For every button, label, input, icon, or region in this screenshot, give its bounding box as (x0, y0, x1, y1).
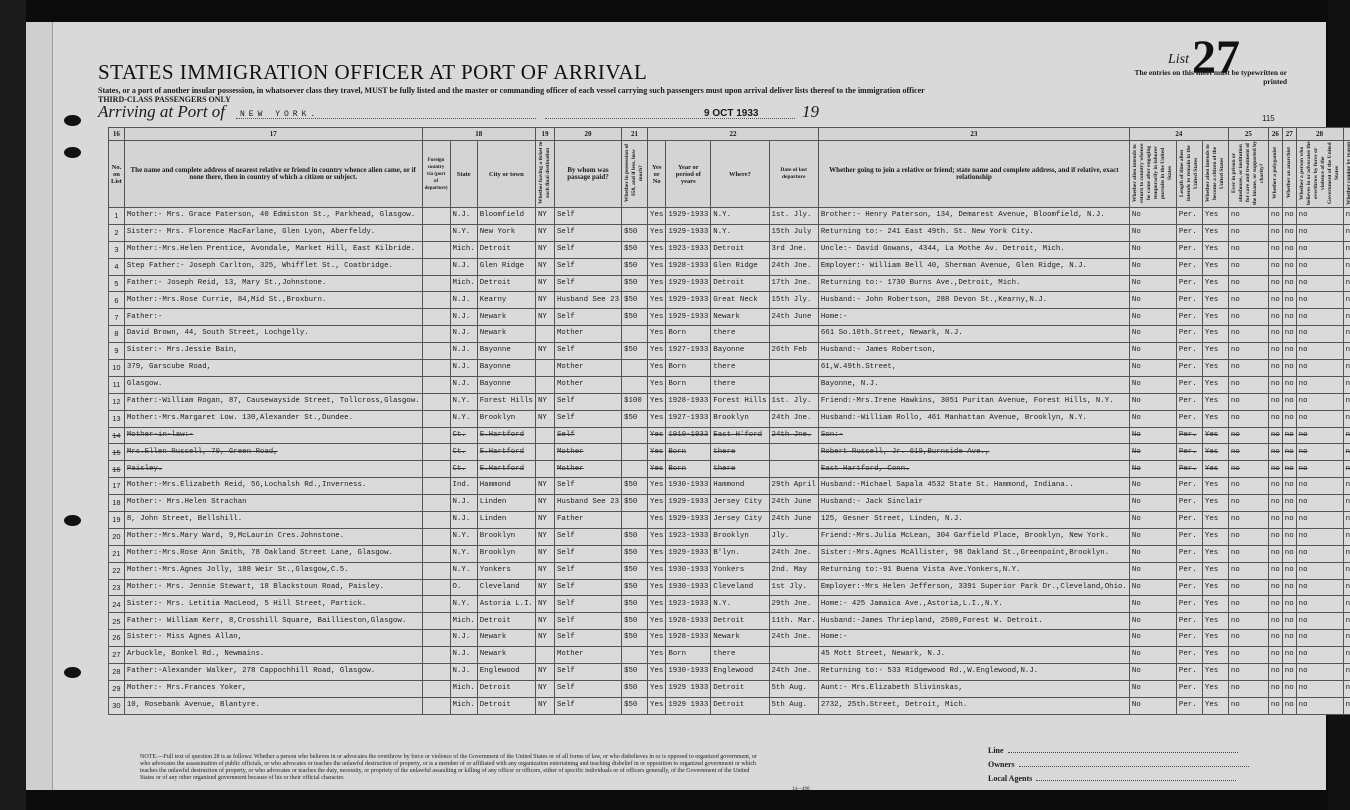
cell-c27: no (1282, 444, 1296, 461)
cell-p2: Per. (1176, 562, 1202, 579)
table-row: 9Sister:- Mrs.Jessie Bain,N.J.BayonneNYS… (109, 343, 1350, 360)
cell-yes: Yes (648, 495, 666, 512)
cell-join: 661 So.10th.Street, Newark, N.J. (818, 326, 1129, 343)
cell-p1: No (1129, 444, 1176, 461)
cell-state: Ind. (450, 478, 477, 495)
cell-c29: no (1343, 512, 1350, 529)
table-row: 7Father:-N.J.NewarkNYSelf$50Yes1929-1933… (109, 309, 1350, 326)
cell-paid: Mother (554, 376, 621, 393)
col-num: 19 (535, 128, 554, 141)
col-num: 18 (422, 128, 535, 141)
cell-p2: Per. (1176, 495, 1202, 512)
cell-city: Forest Hills (477, 393, 535, 410)
cell-where: N.Y. (711, 596, 769, 613)
cell-join: Employer:- William Bell 40, Sherman Aven… (818, 258, 1129, 275)
header-yes-no: Yes or No (648, 141, 666, 208)
cell-p3: Yes (1202, 630, 1228, 647)
cell-period: 1929-1933 (666, 545, 711, 562)
cell-yes: Yes (648, 613, 666, 630)
cell-paid: Self (554, 393, 621, 410)
cell-ticket: NY (535, 224, 554, 241)
cell-yes: Yes (648, 562, 666, 579)
table-row: 20Mother:-Mrs.Mary Ward, 9,McLaurin Cres… (109, 528, 1350, 545)
cell-c26: no (1268, 393, 1282, 410)
cell-period: 1929 1933 (666, 680, 711, 697)
cell-c29: no (1343, 545, 1350, 562)
cell-state: N.J. (450, 258, 477, 275)
cell-p1: No (1129, 495, 1176, 512)
cell-paid: Self (554, 343, 621, 360)
cell-dep: 29th April (769, 478, 818, 495)
cell-ticket: NY (535, 613, 554, 630)
cell-state: N.Y. (450, 596, 477, 613)
cell-c26: no (1268, 664, 1282, 681)
cell-c29: no (1343, 393, 1350, 410)
cell-state: N.J. (450, 512, 477, 529)
cell-join: Husband:- Jack Sinclair (818, 495, 1129, 512)
cell-period: 1923-1933 (666, 241, 711, 258)
cell-yes: Yes (648, 208, 666, 225)
cell-p3: Yes (1202, 292, 1228, 309)
cell-p3: Yes (1202, 224, 1228, 241)
cell-dep: 24th Jne. (769, 410, 818, 427)
cell-foreign-country (422, 562, 450, 579)
cell-c26: no (1268, 478, 1282, 495)
cell-foreign-country (422, 697, 450, 714)
cell-dep (769, 461, 818, 478)
cell-c27: no (1282, 309, 1296, 326)
cell-c28: no (1296, 697, 1343, 714)
table-row: 29Mother:- Mrs.Frances Yoker,Mich.Detroi… (109, 680, 1350, 697)
cell-city: Kearny (477, 292, 535, 309)
cell-ticket: NY (535, 562, 554, 579)
cell-city: Bloomfield (477, 208, 535, 225)
cell-c28: no (1296, 224, 1343, 241)
cell-c27: no (1282, 630, 1296, 647)
cell-p2: Per. (1176, 647, 1202, 664)
cell-p3: Yes (1202, 208, 1228, 225)
cell-c28: no (1296, 664, 1343, 681)
col-num: 17 (124, 128, 422, 141)
list-label: List (1168, 52, 1189, 68)
cell-no: 5 (109, 275, 125, 292)
cell-c28: no (1296, 393, 1343, 410)
cell-city: Bayonne (477, 376, 535, 393)
cell-p1: No (1129, 410, 1176, 427)
cell-c25: no (1228, 664, 1268, 681)
cell-dep: 3rd Jne. (769, 241, 818, 258)
col-num: 29 (1343, 128, 1350, 141)
cell-period: 1928-1933 (666, 613, 711, 630)
cell-p3: Yes (1202, 495, 1228, 512)
cell-yes: Yes (648, 664, 666, 681)
cell-period: 1930-1933 (666, 664, 711, 681)
cell-p3: Yes (1202, 410, 1228, 427)
cell-where: Detroit (711, 613, 769, 630)
cell-p3: Yes (1202, 427, 1228, 444)
cell-dep (769, 376, 818, 393)
cell-c25: no (1228, 562, 1268, 579)
cell-c27: no (1282, 596, 1296, 613)
cell-yes: Yes (648, 309, 666, 326)
cell-yes: Yes (648, 275, 666, 292)
cell-money: $50 (622, 630, 648, 647)
cell-c28: no (1296, 444, 1343, 461)
cell-money: $50 (622, 680, 648, 697)
cell-dep: 1st. Jly. (769, 208, 818, 225)
cell-foreign-country (422, 427, 450, 444)
header-prison: Ever in prison or almshouse, or institut… (1228, 141, 1268, 208)
cell-ticket (535, 647, 554, 664)
cell-ticket: NY (535, 664, 554, 681)
cell-paid: Self (554, 208, 621, 225)
cell-c27: no (1282, 528, 1296, 545)
punch-hole (64, 147, 81, 158)
cell-money: $50 (622, 528, 648, 545)
cell-paid: Mother (554, 647, 621, 664)
cell-period: Born (666, 360, 711, 377)
cell-no: 10 (109, 360, 125, 377)
cell-money: $100 (622, 393, 648, 410)
cell-join: Husband:-Michael Sapala 4532 State St. H… (818, 478, 1129, 495)
cell-no: 4 (109, 258, 125, 275)
cell-p1: No (1129, 208, 1176, 225)
cell-join: Home:- (818, 309, 1129, 326)
cell-city: E.Hartford (477, 427, 535, 444)
cell-c27: no (1282, 664, 1296, 681)
cell-where: Englewood (711, 664, 769, 681)
cell-c28: no (1296, 410, 1343, 427)
cell-state: N.Y. (450, 410, 477, 427)
cell-money (622, 461, 648, 478)
cell-yes: Yes (648, 461, 666, 478)
cell-money: $50 (622, 545, 648, 562)
table-row: 12Father:-William Rogan, 87, Causewaysid… (109, 393, 1350, 410)
cell-p1: No (1129, 630, 1176, 647)
cell-c27: no (1282, 647, 1296, 664)
cell-c25: no (1228, 309, 1268, 326)
cell-c26: no (1268, 613, 1282, 630)
cell-dep: 15th July (769, 224, 818, 241)
cell-yes: Yes (648, 410, 666, 427)
cell-city: Newark (477, 630, 535, 647)
cell-paid: Husband See 23 (554, 292, 621, 309)
cell-c25: no (1228, 613, 1268, 630)
cell-dep: 11th. Mar. (769, 613, 818, 630)
table-row: 8David Brown, 44, South Street, Lochgell… (109, 326, 1350, 343)
cell-city: Hammond (477, 478, 535, 495)
cell-paid: Mother (554, 461, 621, 478)
cell-c25: no (1228, 376, 1268, 393)
cell-p3: Yes (1202, 461, 1228, 478)
cell-p1: No (1129, 326, 1176, 343)
cell-foreign-country (422, 444, 450, 461)
cell-foreign-country (422, 410, 450, 427)
cell-dep: 24th Jne. (769, 258, 818, 275)
cell-paid: Self (554, 528, 621, 545)
cell-foreign-country (422, 241, 450, 258)
cell-paid: Self (554, 680, 621, 697)
cell-p3: Yes (1202, 376, 1228, 393)
cell-yes: Yes (648, 630, 666, 647)
cell-city: Newark (477, 647, 535, 664)
cell-foreign-country (422, 528, 450, 545)
cell-c26: no (1268, 275, 1282, 292)
cell-foreign-country (422, 647, 450, 664)
cell-c25: no (1228, 393, 1268, 410)
cell-join: East Hartford, Conn. (818, 461, 1129, 478)
cell-dep: 29th Jne. (769, 596, 818, 613)
cell-dep: 24th Jne. (769, 630, 818, 647)
cell-p1: No (1129, 376, 1176, 393)
table-row: 5Father:- Joseph Reid, 13, Mary St.,John… (109, 275, 1350, 292)
cell-p2: Per. (1176, 326, 1202, 343)
header-ticket: Whether having a ticket to such final de… (535, 141, 554, 208)
cell-no: 2 (109, 224, 125, 241)
cell-ticket: NY (535, 309, 554, 326)
cell-no: 1 (109, 208, 125, 225)
cell-relative: 10, Rosebank Avenue, Blantyre. (124, 697, 422, 714)
cell-state: N.J. (450, 360, 477, 377)
cell-c27: no (1282, 562, 1296, 579)
cell-relative: Mrs.Ellen Russell, 70, Green Road, (124, 444, 422, 461)
cell-p3: Yes (1202, 444, 1228, 461)
cell-p2: Per. (1176, 393, 1202, 410)
cell-c25: no (1228, 647, 1268, 664)
cell-p3: Yes (1202, 528, 1228, 545)
cell-c28: no (1296, 495, 1343, 512)
cell-period: 1910-1933 (666, 427, 711, 444)
cell-city: Detroit (477, 613, 535, 630)
cell-money: $50 (622, 258, 648, 275)
table-row: 23Mother:- Mrs. Jennie Stewart, 18 Black… (109, 579, 1350, 596)
cell-c29: no (1343, 241, 1350, 258)
cell-c28: no (1296, 376, 1343, 393)
cell-dep (769, 647, 818, 664)
table-row: 3Mother:-Mrs.Helen Prentice, Avondale, M… (109, 241, 1350, 258)
cell-city: Astoria L.I. (477, 596, 535, 613)
cell-state: N.J. (450, 208, 477, 225)
table-row: 10379, Garscube Road,N.J.BayonneMotherYe… (109, 360, 1350, 377)
footnote: NOTE.—Full text of question 28 is as fol… (140, 754, 760, 782)
cell-state: N.Y. (450, 224, 477, 241)
cell-c29: no (1343, 208, 1350, 225)
header-departure: Date of last departure (769, 141, 818, 208)
table-row: 14Mother-in-law:-Ct.E.HartfordSelfYes191… (109, 427, 1350, 444)
cell-p3: Yes (1202, 579, 1228, 596)
table-row: 1Mother:- Mrs. Grace Paterson, 40 Edmist… (109, 208, 1350, 225)
cell-where: Detroit (711, 697, 769, 714)
cell-state: N.J. (450, 343, 477, 360)
cell-period: 1930-1933 (666, 579, 711, 596)
cell-p1: No (1129, 528, 1176, 545)
cell-c27: no (1282, 393, 1296, 410)
col-num: 20 (554, 128, 621, 141)
col-num: 16 (109, 128, 125, 141)
cell-p1: No (1129, 613, 1176, 630)
cell-dep (769, 360, 818, 377)
cell-foreign-country (422, 512, 450, 529)
cell-state: N.J. (450, 292, 477, 309)
cell-p2: Per. (1176, 545, 1202, 562)
cell-p2: Per. (1176, 258, 1202, 275)
cell-paid: Mother (554, 326, 621, 343)
cell-where: there (711, 376, 769, 393)
cell-where: Brooklyn (711, 528, 769, 545)
port-value: NEW YORK. (240, 110, 319, 119)
cell-no: 14 (109, 427, 125, 444)
cell-c26: no (1268, 528, 1282, 545)
cell-c28: no (1296, 680, 1343, 697)
cell-state: N.J. (450, 664, 477, 681)
cell-ticket: NY (535, 258, 554, 275)
cell-money (622, 444, 648, 461)
header-no-on-list: No. on List (109, 141, 125, 208)
cell-c28: no (1296, 427, 1343, 444)
cell-foreign-country (422, 478, 450, 495)
cell-relative: Mother:- Mrs. Grace Paterson, 40 Edmisto… (124, 208, 422, 225)
table-row: 16Paisley.Ct.E.HartfordMotherYesBornther… (109, 461, 1350, 478)
cell-period: Born (666, 444, 711, 461)
header-foreign-country: Foreign country via (port of departure) (422, 141, 450, 208)
cell-foreign-country (422, 360, 450, 377)
cell-dep: 1st. Jly. (769, 393, 818, 410)
cell-p2: Per. (1176, 292, 1202, 309)
cell-ticket: NY (535, 680, 554, 697)
cell-where: Forest Hills (711, 393, 769, 410)
cell-period: 1929-1933 (666, 224, 711, 241)
column-header-row: No. on List The name and complete addres… (109, 141, 1350, 208)
cell-where: Glen Ridge (711, 258, 769, 275)
cell-paid: Self (554, 630, 621, 647)
cell-p3: Yes (1202, 697, 1228, 714)
cell-c26: no (1268, 562, 1282, 579)
header-anarchist: Whether an anarchist (1282, 141, 1296, 208)
cell-c27: no (1282, 376, 1296, 393)
cell-yes: Yes (648, 444, 666, 461)
cell-relative: Step Father:- Joseph Carlton, 325, Whiff… (124, 258, 422, 275)
cell-join: Returning to:- 1730 Burns Ave.,Detroit, … (818, 275, 1129, 292)
cell-paid: Self (554, 613, 621, 630)
cell-c29: no (1343, 326, 1350, 343)
cell-relative: Sister:- Mrs. Florence MacFarlane, Glen … (124, 224, 422, 241)
cell-no: 20 (109, 528, 125, 545)
cell-p1: No (1129, 562, 1176, 579)
cell-p1: No (1129, 680, 1176, 697)
cell-ticket: NY (535, 410, 554, 427)
cell-money: $50 (622, 343, 648, 360)
cell-state: N.J. (450, 376, 477, 393)
cell-paid: Self (554, 664, 621, 681)
cell-c26: no (1268, 444, 1282, 461)
cell-p3: Yes (1202, 309, 1228, 326)
col-num: 25 (1228, 128, 1268, 141)
cell-c28: no (1296, 630, 1343, 647)
cell-c29: no (1343, 495, 1350, 512)
cell-c25: no (1228, 292, 1268, 309)
cell-c25: no (1228, 512, 1268, 529)
cell-p1: No (1129, 512, 1176, 529)
cell-state: N.Y. (450, 562, 477, 579)
cell-city: Glen Ridge (477, 258, 535, 275)
cell-dep: 5th Aug. (769, 680, 818, 697)
cell-money (622, 360, 648, 377)
cell-p2: Per. (1176, 528, 1202, 545)
cell-state: N.J. (450, 309, 477, 326)
cell-relative: Arbuckle, Bonkel Rd., Newmains. (124, 647, 422, 664)
cell-foreign-country (422, 376, 450, 393)
cell-dep: 24th Jne. (769, 545, 818, 562)
cell-money: $50 (622, 478, 648, 495)
cell-c28: no (1296, 545, 1343, 562)
cell-c29: no (1343, 579, 1350, 596)
cell-join: Returning to:-91 Buena Vista Ave.Yonkers… (818, 562, 1129, 579)
cell-ticket: NY (535, 208, 554, 225)
cell-no: 17 (109, 478, 125, 495)
cell-period: Born (666, 647, 711, 664)
header-purpose-2: Length of time alien intends to remain i… (1176, 141, 1202, 208)
cell-relative: Father:- Joseph Reid, 13, Mary St.,Johns… (124, 275, 422, 292)
cell-relative: Paisley. (124, 461, 422, 478)
cell-dep: 24th June (769, 512, 818, 529)
cell-p2: Per. (1176, 360, 1202, 377)
cell-dep: 5th Aug. (769, 697, 818, 714)
cell-p2: Per. (1176, 224, 1202, 241)
cell-money (622, 647, 648, 664)
cell-relative: Mother:- Mrs. Jennie Stewart, 18 Blackst… (124, 579, 422, 596)
cell-c27: no (1282, 343, 1296, 360)
cell-paid: Self (554, 258, 621, 275)
cell-yes: Yes (648, 343, 666, 360)
cell-state: N.J. (450, 326, 477, 343)
cell-ticket: NY (535, 292, 554, 309)
header-overthrow: Whether a person who believes in or advo… (1296, 141, 1343, 208)
cell-state: Mich. (450, 613, 477, 630)
cell-join: Husband:- James Robertson, (818, 343, 1129, 360)
cell-city: Detroit (477, 241, 535, 258)
cell-p2: Per. (1176, 579, 1202, 596)
cell-no: 18 (109, 495, 125, 512)
cell-p2: Per. (1176, 613, 1202, 630)
instruction-text: States, or a port of another insular pos… (98, 86, 1088, 95)
cell-p1: No (1129, 596, 1176, 613)
cell-join: Husband:-William Rollo, 461 Manhattan Av… (818, 410, 1129, 427)
cell-c28: no (1296, 258, 1343, 275)
cell-money: $50 (622, 224, 648, 241)
cell-relative: Mother:-Mrs.Rose Currie, 84,Mid St.,Brox… (124, 292, 422, 309)
cell-yes: Yes (648, 697, 666, 714)
cell-c27: no (1282, 292, 1296, 309)
cell-c26: no (1268, 343, 1282, 360)
cell-c27: no (1282, 208, 1296, 225)
cell-foreign-country (422, 596, 450, 613)
cell-ticket (535, 427, 554, 444)
cell-state: Mich. (450, 697, 477, 714)
punch-hole (64, 667, 81, 678)
cell-c26: no (1268, 326, 1282, 343)
local-agents-field: Local Agents (988, 774, 1236, 783)
cell-city: Brooklyn (477, 410, 535, 427)
table-row: 13Mother:-Mrs.Margaret Low. 130,Alexande… (109, 410, 1350, 427)
cell-c26: no (1268, 545, 1282, 562)
page-number: 115 (1262, 114, 1275, 123)
cell-foreign-country (422, 393, 450, 410)
cell-foreign-country (422, 275, 450, 292)
cell-c25: no (1228, 461, 1268, 478)
cell-p3: Yes (1202, 326, 1228, 343)
cell-c27: no (1282, 326, 1296, 343)
cell-c25: no (1228, 545, 1268, 562)
